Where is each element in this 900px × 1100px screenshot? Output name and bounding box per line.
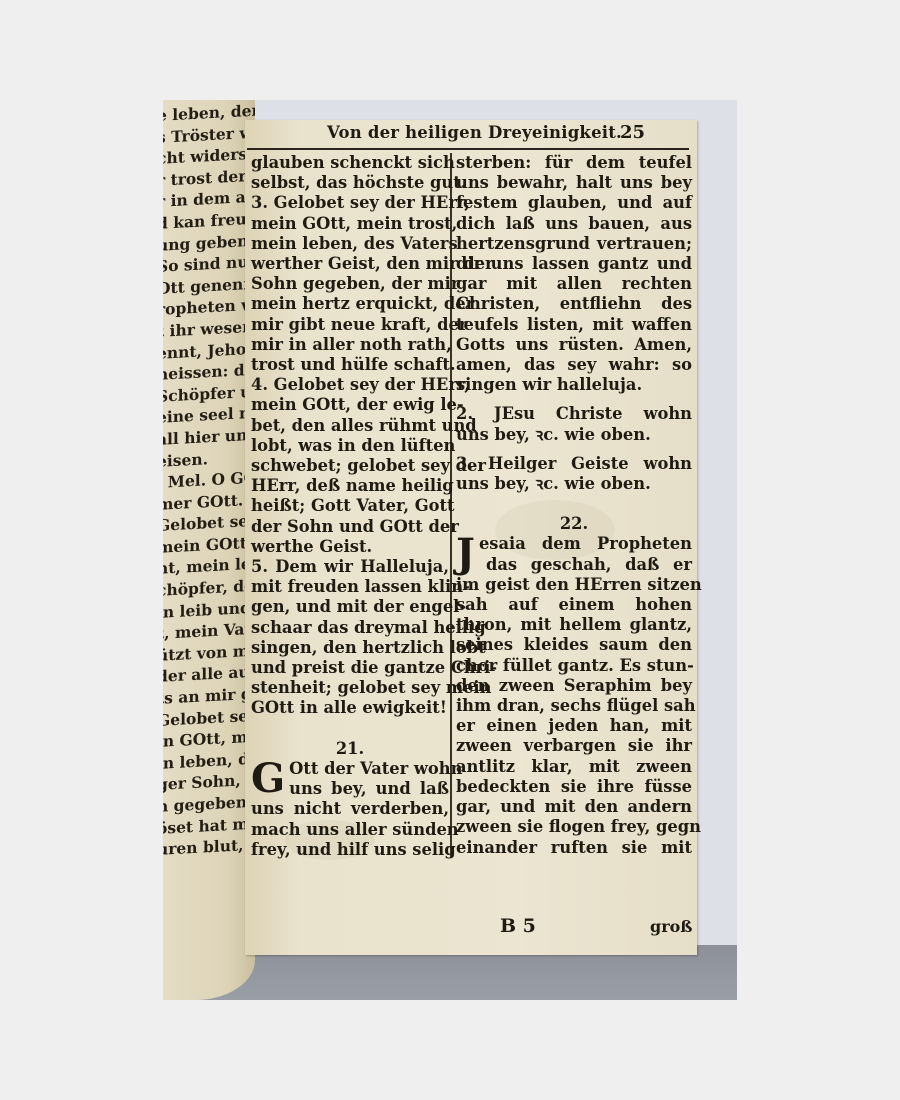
text-line: 3. Gelobet sey der HErr, <box>251 193 449 213</box>
text-line: antlitz klar, mit zween <box>456 757 692 777</box>
text-line: mein GOtt, mein trost, <box>251 214 449 234</box>
text-line: Sohn gegeben, der mir <box>251 274 449 294</box>
text-line: festem glauben, und auf <box>456 193 692 213</box>
text-line: teufels listen, mit waffen <box>456 315 692 335</box>
text-line: gar mit allen rechten <box>456 274 692 294</box>
verse-3: 3. Gelobet sey der HErr,mein GOtt, mein … <box>251 193 449 375</box>
text-line: schwebet; gelobet sey der <box>251 456 449 476</box>
right-column: sterben: für dem teufeluns bewahr, halt … <box>456 153 692 858</box>
verse-1-continuation: sterben: für dem teufeluns bewahr, halt … <box>456 153 692 395</box>
text-line: zween sie flogen frey, gegn <box>456 817 692 837</box>
text-line: 2. JEsu Christe wohn <box>456 404 692 424</box>
text-line: werther Geist, den mir der <box>251 254 449 274</box>
text-line: Christen, entfliehn des <box>456 294 692 314</box>
text-line: uns bey, ꝛc. wie oben. <box>456 474 692 494</box>
text-line: 3. Heilger Geiste wohn <box>456 454 692 474</box>
text-line: uns bey, ꝛc. wie oben. <box>456 425 692 445</box>
text-line: bedeckten sie ihre füsse <box>456 777 692 797</box>
hymn-22-dropcap: J <box>456 536 475 572</box>
text-line: schaar das dreymal heilig <box>251 618 449 638</box>
text-line: mein leben, des Vaters <box>251 234 449 254</box>
left-column: glauben schenckt sichselbst, das höchste… <box>251 153 449 860</box>
text-line: den zween Seraphim bey <box>456 676 692 696</box>
running-title: Von der heiligen Dreyeinigkeit. <box>327 123 622 142</box>
text-line: uns nicht verderben, <box>251 799 449 819</box>
text-line: bet, den alles rühmt und <box>251 416 449 436</box>
left-page-text: e leben, ders Tröster weischt widerstreb… <box>163 100 255 861</box>
text-line: uns bewahr, halt uns bey <box>456 173 692 193</box>
text-line: gar, und mit den andern <box>456 797 692 817</box>
verse-3-continuation: glauben schenckt sichselbst, das höchste… <box>251 153 449 193</box>
text-line: HErr, deß name heilig <box>251 476 449 496</box>
catchword: groß <box>650 917 692 936</box>
text-line: mein GOtt, der ewig le- <box>251 395 449 415</box>
left-page-line: uren blut, der <box>163 833 255 860</box>
left-page: e leben, ders Tröster weischt widerstreb… <box>163 100 255 1000</box>
text-line: dir uns lassen gantz und <box>456 254 692 274</box>
text-line: hertzensgrund vertrauen; <box>456 234 692 254</box>
text-line: amen, das sey wahr: so <box>456 355 692 375</box>
text-line: sterben: für dem teufel <box>456 153 692 173</box>
text-line: stenheit; gelobet sey mein <box>251 678 449 698</box>
text-line: frey, und hilf uns selig <box>251 840 449 860</box>
text-line: und preist die gantze Chri- <box>251 658 449 678</box>
text-line: 4. Gelobet sey der HErr, <box>251 375 449 395</box>
text-line: im geist den HErren sitzen <box>456 575 692 595</box>
text-line: einander ruften sie mit <box>456 838 692 858</box>
text-line: mir in aller noth rath, <box>251 335 449 355</box>
text-line: gen, und mit der engel- <box>251 597 449 617</box>
right-page: Von der heiligen Dreyeinigkeit. 25 glaub… <box>245 120 697 955</box>
text-line: mein hertz erquickt, der <box>251 294 449 314</box>
text-line: der Sohn und GOtt der <box>251 517 449 537</box>
page-number: 25 <box>620 122 645 143</box>
hymn-21-dropcap: G <box>251 761 285 797</box>
header-rule <box>247 148 689 150</box>
text-line: trost und hülfe schaft. <box>251 355 449 375</box>
verse-5: 5. Dem wir Halleluja,mit freuden lassen … <box>251 557 449 719</box>
text-line: singen, den hertzlich lobt <box>251 638 449 658</box>
text-line: lobt, was in den lüften <box>251 436 449 456</box>
verse-2: 2. JEsu Christe wohnuns bey, ꝛc. wie obe… <box>456 404 692 444</box>
text-line: seines kleides saum den <box>456 635 692 655</box>
text-line: chor füllet gantz. Es stun- <box>456 656 692 676</box>
signature-mark: B 5 <box>500 915 536 937</box>
text-line: mit freuden lassen klin- <box>251 577 449 597</box>
hymn-21: G Ott der Vater wohnuns bey, und laßuns … <box>251 759 449 860</box>
text-line: dich laß uns bauen, aus <box>456 214 692 234</box>
verse-4: 4. Gelobet sey der HErr,mein GOtt, der e… <box>251 375 449 557</box>
book-photo: e leben, ders Tröster weischt widerstreb… <box>163 100 737 1000</box>
text-line: zween verbargen sie ihr <box>456 736 692 756</box>
text-line: singen wir halleluja. <box>456 375 692 395</box>
hymn-22: J esaia dem Prophetendas geschah, daß er… <box>456 534 692 857</box>
verse-3: 3. Heilger Geiste wohnuns bey, ꝛc. wie o… <box>456 454 692 494</box>
text-line: das geschah, daß er <box>456 555 692 575</box>
text-line: Gotts uns rüsten. Amen, <box>456 335 692 355</box>
text-line: mach uns aller sünden <box>251 820 449 840</box>
hymn-22-number: 22. <box>456 514 692 534</box>
text-line: mir gibt neue kraft, der <box>251 315 449 335</box>
text-line: glauben schenckt sich <box>251 153 449 173</box>
text-line: GOtt in alle ewigkeit! <box>251 698 449 718</box>
text-line: er einen jeden han, mit <box>456 716 692 736</box>
text-line: werthe Geist. <box>251 537 449 557</box>
text-line: heißt; Gott Vater, Gott <box>251 496 449 516</box>
text-line: 5. Dem wir Halleluja, <box>251 557 449 577</box>
text-line: ihm dran, sechs flügel sah <box>456 696 692 716</box>
text-line: selbst, das höchste gut. <box>251 173 449 193</box>
text-line: esaia dem Propheten <box>456 534 692 554</box>
text-line: thron, mit hellem glantz, <box>456 615 692 635</box>
text-line: sah auf einem hohen <box>456 595 692 615</box>
